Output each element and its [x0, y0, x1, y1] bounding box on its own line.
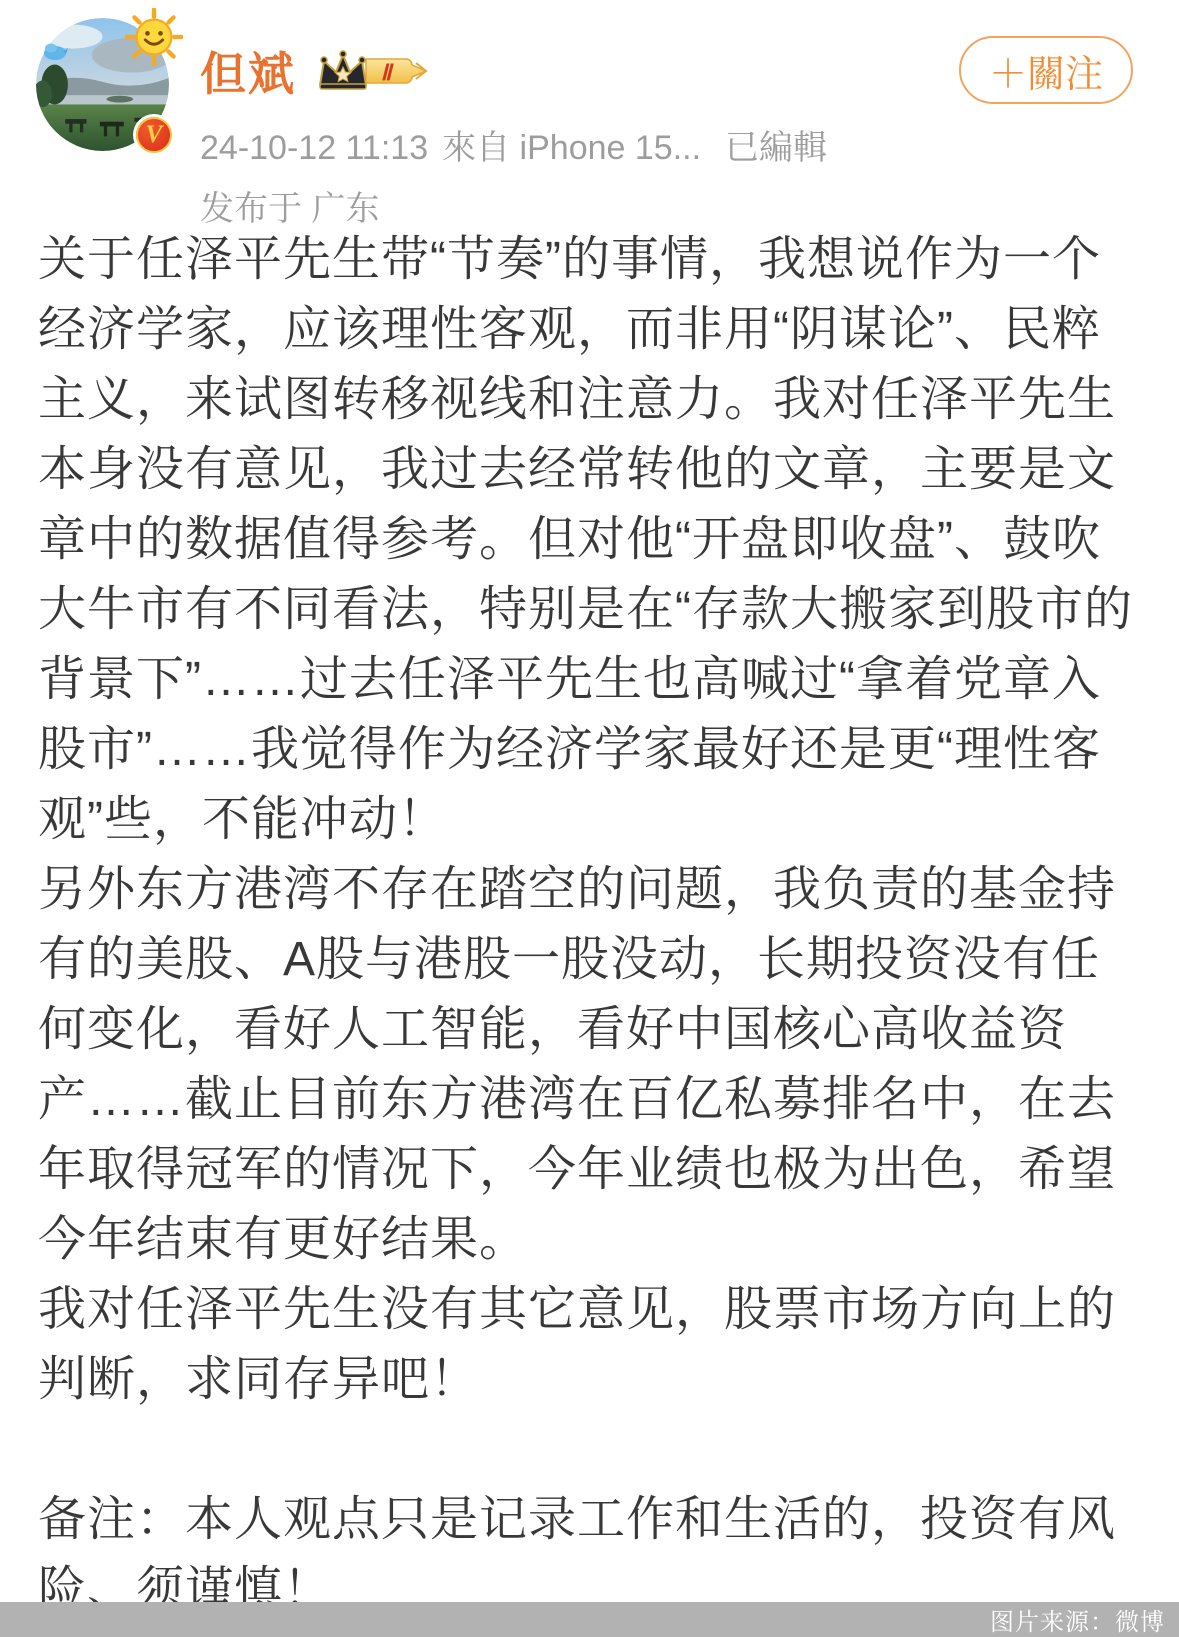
post-paragraph-2: 另外东方港湾不存在踏空的问题，我负责的基金持有的美股、A股与港股一股没动，长期投… [38, 855, 1141, 1275]
sun-icon [125, 8, 183, 66]
post-meta: 24-10-12 11:13 來自 iPhone 15... 已編輯 [200, 120, 827, 169]
verified-badge-icon: V [136, 117, 172, 153]
bird-icon [42, 42, 68, 62]
watermark-bar: 图片来源：微博 [0, 1602, 1179, 1637]
post-content: 关于任泽平先生带“节奏”的事情，我想说作为一个经济学家，应该理性客观，而非用“阴… [0, 205, 1179, 1625]
post-paragraph-3: 我对任泽平先生没有其它意见，股票市场方向上的判断，求同存异吧！ [38, 1275, 1141, 1415]
weibo-post-card: V 但斌 [0, 0, 1179, 1637]
post-header: V 但斌 [0, 0, 1179, 205]
header-text: 但斌 Ⅱ [200, 38, 827, 230]
username[interactable]: 但斌 [200, 38, 296, 104]
avatar[interactable]: V [36, 18, 169, 151]
edited-label: 已編輯 [725, 120, 827, 169]
vip-crown-badge-icon[interactable]: Ⅱ [312, 48, 430, 94]
post-location: 发布于 广东 [200, 181, 827, 230]
follow-button[interactable]: ＋關注 [959, 36, 1133, 104]
post-source: 來自 iPhone 15... [442, 120, 701, 169]
post-paragraph-1: 关于任泽平先生带“节奏”的事情，我想说作为一个经济学家，应该理性客观，而非用“阴… [38, 225, 1141, 855]
watermark-text: 图片来源：微博 [990, 1602, 1165, 1637]
timestamp: 24-10-12 11:13 [200, 129, 428, 168]
